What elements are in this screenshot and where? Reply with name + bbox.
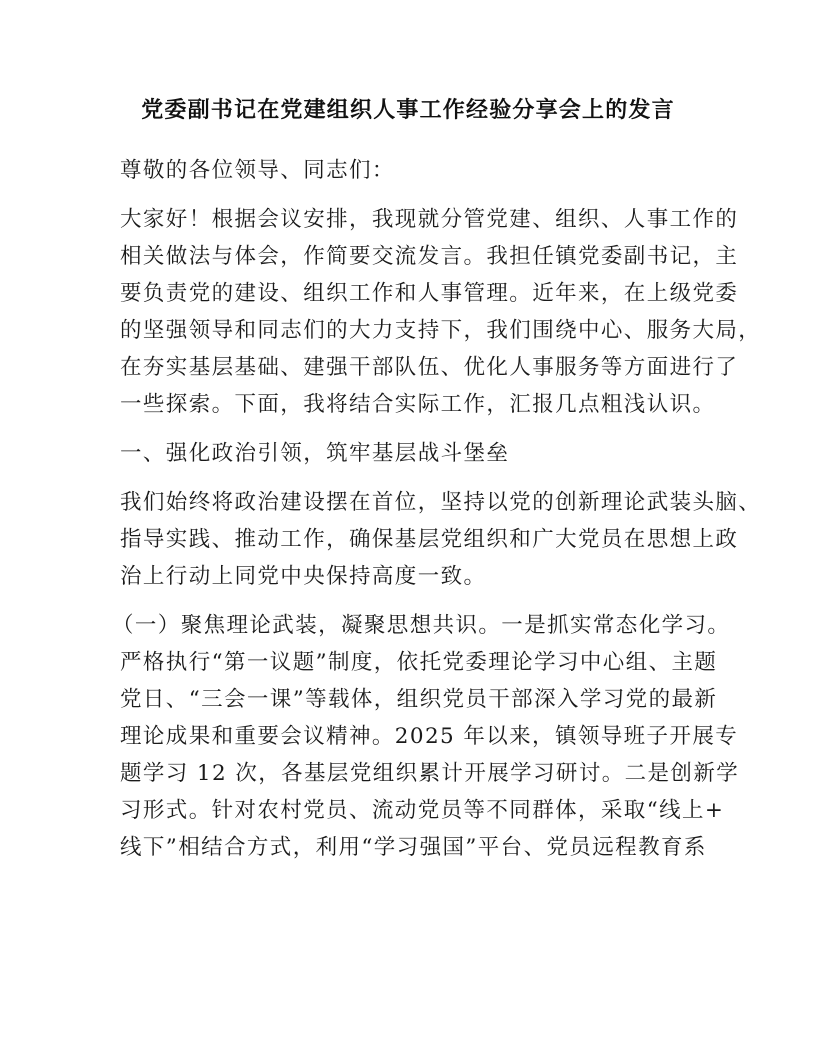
- text-line: 的坚强领导和同志们的大力支持下，我们围绕中心、服务大局，: [120, 312, 700, 349]
- text-line: 题学习 12 次，各基层党组织累计开展学习研讨。二是创新学: [120, 755, 700, 792]
- subsection-paragraph: （一）聚焦理论武装，凝聚思想共识。一是抓实常态化学习。 严格执行“第一议题”制度…: [120, 607, 700, 866]
- salutation-paragraph: 尊敬的各位领导、同志们：: [120, 152, 700, 189]
- text-line: （一）聚焦理论武装，凝聚思想共识。一是抓实常态化学习。: [112, 607, 700, 644]
- text-line: 党日、“三会一课”等载体，组织党员干部深入学习党的最新: [120, 681, 700, 718]
- document-title: 党委副书记在党建组织人事工作经验分享会上的发言: [0, 97, 816, 125]
- text-line: 在夯实基层基础、建强干部队伍、优化人事服务等方面进行了: [120, 349, 700, 386]
- section-intro-paragraph: 我们始终将政治建设摆在首位，坚持以党的创新理论武装头脑、 指导实践、推动工作，确…: [120, 484, 700, 595]
- intro-paragraph: 大家好！根据会议安排，我现就分管党建、组织、人事工作的 相关做法与体会，作简要交…: [120, 201, 700, 423]
- document-page: 党委副书记在党建组织人事工作经验分享会上的发言 尊敬的各位领导、同志们： 大家好…: [0, 0, 816, 1056]
- text-line: 线下”相结合方式，利用“学习强国”平台、党员远程教育系: [120, 829, 700, 866]
- text-line: 理论成果和重要会议精神。2025 年以来，镇领导班子开展专: [120, 718, 700, 755]
- document-body: 尊敬的各位领导、同志们： 大家好！根据会议安排，我现就分管党建、组织、人事工作的…: [120, 152, 700, 878]
- text-line: 我们始终将政治建设摆在首位，坚持以党的创新理论武装头脑、: [120, 484, 700, 521]
- text-line: 要负责党的建设、组织工作和人事管理。近年来，在上级党委: [120, 275, 700, 312]
- text-line: 大家好！根据会议安排，我现就分管党建、组织、人事工作的: [120, 201, 700, 238]
- text-line: 习形式。针对农村党员、流动党员等不同群体，采取“线上+: [120, 792, 700, 829]
- text-line: 指导实践、推动工作，确保基层党组织和广大党员在思想上政: [120, 521, 700, 558]
- text-line: 严格执行“第一议题”制度，依托党委理论学习中心组、主题: [120, 644, 700, 681]
- text-line: 一、强化政治引领，筑牢基层战斗堡垒: [120, 435, 700, 472]
- text-line: 一些探索。下面，我将结合实际工作，汇报几点粗浅认识。: [120, 386, 700, 423]
- text-line: 相关做法与体会，作简要交流发言。我担任镇党委副书记，主: [120, 238, 700, 275]
- section-heading: 一、强化政治引领，筑牢基层战斗堡垒: [120, 435, 700, 472]
- text-line: 治上行动上同党中央保持高度一致。: [120, 558, 700, 595]
- text-line: 尊敬的各位领导、同志们：: [120, 152, 700, 189]
